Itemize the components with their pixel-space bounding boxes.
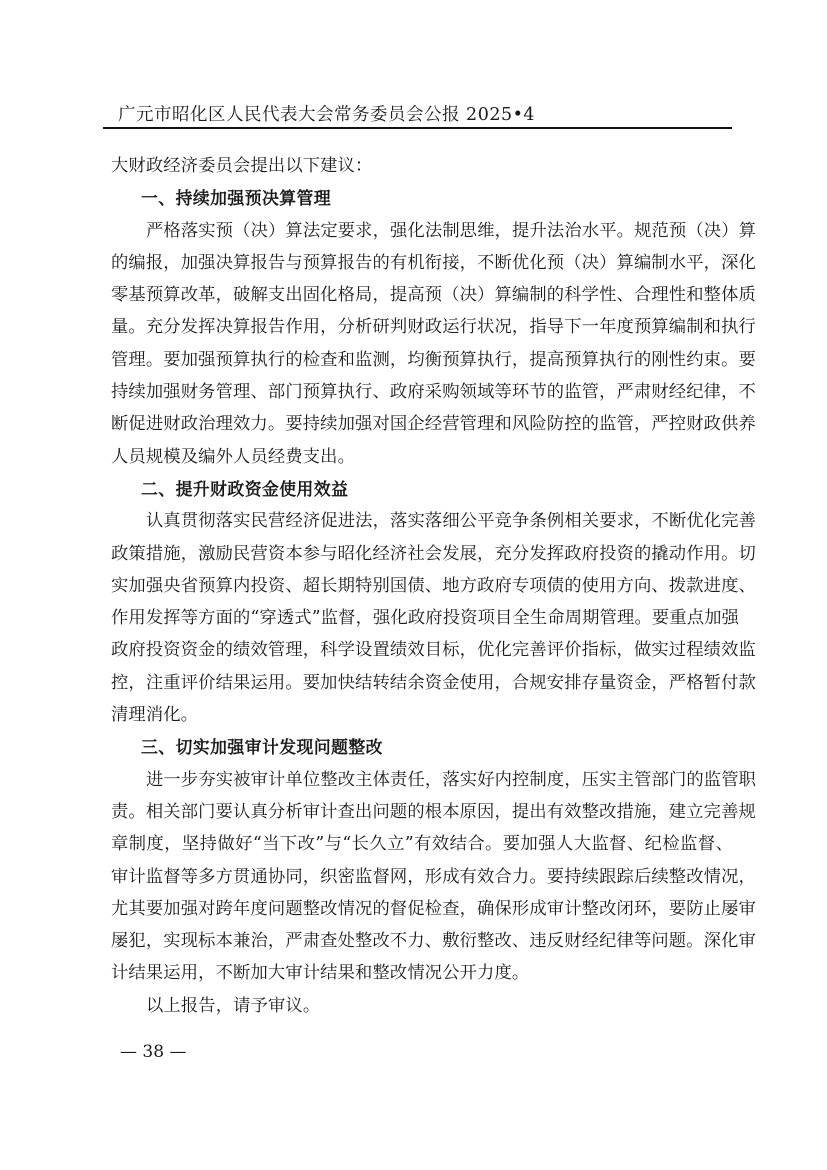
section-heading-3: 三、切实加强审计发现问题整改 bbox=[111, 731, 733, 763]
paragraph-line: 人员规模及编外人员经费支出。 bbox=[111, 441, 733, 473]
paragraph-line: 政府投资资金的绩效管理，科学设置绩效目标，优化完善评价指标，做实过程绩效监 bbox=[111, 634, 733, 666]
paragraph-line: 作用发挥等方面的“穿透式”监督，强化政府投资项目全生命周期管理。要重点加强 bbox=[111, 602, 733, 634]
paragraph-line: 实加强央省预算内投资、超长期特别国债、地方政府专项债的使用方向、拨款进度、 bbox=[111, 570, 733, 602]
document-body: 大财政经济委员会提出以下建议： 一、持续加强预决算管理 严格落实预（决）算法定要… bbox=[111, 150, 733, 1022]
paragraph-line: 零基预算改革，破解支出固化格局，提高预（决）算编制的科学性、合理性和整体质 bbox=[111, 279, 733, 311]
paragraph-line: 计结果运用，不断加大审计结果和整改情况公开力度。 bbox=[111, 957, 733, 989]
paragraph-line: 断促进财政治理效力。要持续加强对国企经营管理和风险防控的监管，严控财政供养 bbox=[111, 408, 733, 440]
paragraph-line: 控，注重评价结果运用。要加快结转结余资金使用，合规安排存量资金，严格暂付款 bbox=[111, 667, 733, 699]
section-heading-1: 一、持续加强预决算管理 bbox=[111, 182, 733, 214]
paragraph-line: 章制度，坚持做好“当下改”与“长久立”有效结合。要加强人大监督、纪检监督、 bbox=[111, 828, 733, 860]
paragraph-line: 政策措施，激励民营资本参与昭化经济社会发展，充分发挥政府投资的撬动作用。切 bbox=[111, 538, 733, 570]
paragraph-line: 管理。要加强预算执行的检查和监测，均衡预算执行，提高预算执行的刚性约束。要 bbox=[111, 344, 733, 376]
paragraph-line: 认真贯彻落实民营经济促进法，落实落细公平竞争条例相关要求，不断优化完善 bbox=[111, 505, 733, 537]
paragraph-line: 量。充分发挥决算报告作用，分析研判财政运行状况，指导下一年度预算编制和执行 bbox=[111, 311, 733, 343]
paragraph-line: 责。相关部门要认真分析审计查出问题的根本原因，提出有效整改措施，建立完善规 bbox=[111, 796, 733, 828]
paragraph-line: 屡犯，实现标本兼治，严肃查处整改不力、敷衍整改、违反财经纪律等问题。深化审 bbox=[111, 925, 733, 957]
paragraph-line: 审计监督等多方贯通协同，织密监督网，形成有效合力。要持续跟踪后续整改情况， bbox=[111, 861, 733, 893]
paragraph-line: 严格落实预（决）算法定要求，强化法制思维，提升法治水平。规范预（决）算 bbox=[111, 215, 733, 247]
paragraph-line: 尤其要加强对跨年度问题整改情况的督促检查，确保形成审计整改闭环，要防止屡审 bbox=[111, 893, 733, 925]
paragraph-line: 清理消化。 bbox=[111, 699, 733, 731]
paragraph-line: 的编报，加强决算报告与预算报告的有机衔接，不断优化预（决）算编制水平，深化 bbox=[111, 247, 733, 279]
section-heading-2: 二、提升财政资金使用效益 bbox=[111, 473, 733, 505]
running-header: 广元市昭化区人民代表大会常务委员会公报 2025•4 bbox=[118, 105, 535, 125]
page-number: — 38 — bbox=[120, 1041, 186, 1063]
header-rule bbox=[103, 127, 732, 129]
closing-line: 以上报告，请予审议。 bbox=[111, 990, 733, 1022]
paragraph-line: 持续加强财务管理、部门预算执行、政府采购领域等环节的监管，严肃财经纪律，不 bbox=[111, 376, 733, 408]
paragraph-line: 进一步夯实被审计单位整改主体责任，落实好内控制度，压实主管部门的监管职 bbox=[111, 764, 733, 796]
intro-line: 大财政经济委员会提出以下建议： bbox=[111, 150, 733, 182]
